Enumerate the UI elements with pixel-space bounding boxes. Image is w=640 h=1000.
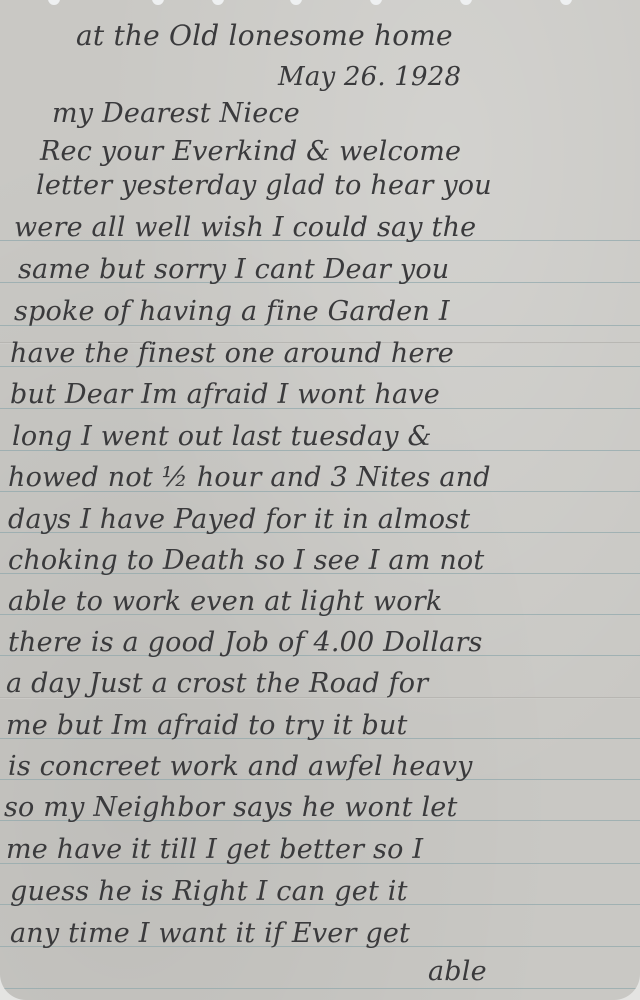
letter-line: same but sorry I cant Dear you (18, 256, 449, 283)
letter-line: me but Im afraid to try it but (6, 712, 408, 739)
letter-line: any time I want it if Ever get (10, 920, 410, 947)
letter-line: so my Neighbor says he wont let (4, 794, 458, 821)
letter-line: days I have Payed for it in almost (8, 506, 470, 533)
perforation-hole (460, 0, 472, 5)
letter-location: at the Old lonesome home (76, 22, 453, 50)
perforated-edge (0, 0, 640, 8)
letter-line: there is a good Job of 4.00 Dollars (8, 629, 483, 656)
letter-line: Rec your Everkind & welcome (40, 138, 461, 165)
letter-line: were all well wish I could say the (14, 214, 476, 241)
letter-line: able to work even at light work (8, 588, 442, 615)
letter-line: long I went out last tuesday & (12, 423, 432, 450)
perforation-hole (152, 0, 164, 5)
letter-line: me have it till I get better so I (6, 836, 423, 863)
letter-line: spoke of having a fine Garden I (14, 298, 450, 325)
letter-line: guess he is Right I can get it (10, 878, 408, 905)
perforation-hole (290, 0, 302, 5)
letter-date: May 26. 1928 (278, 64, 461, 90)
perforation-hole (48, 0, 60, 5)
perforation-hole (560, 0, 572, 5)
letter-page: at the Old lonesome home May 26. 1928 my… (0, 0, 640, 1000)
letter-line: have the finest one around here (10, 340, 454, 367)
letter-line: howed not ½ hour and 3 Nites and (8, 464, 491, 491)
perforation-hole (212, 0, 224, 5)
letter-line: letter yesterday glad to hear you (36, 172, 492, 199)
perforation-hole (370, 0, 382, 5)
letter-line: a day Just a crost the Road for (6, 670, 428, 697)
letter-line: able (428, 958, 487, 985)
letter-salutation: my Dearest Niece (52, 100, 300, 127)
letter-line: is concreet work and awfel heavy (8, 753, 473, 780)
ruled-line (0, 988, 640, 989)
letter-line: but Dear Im afraid I wont have (10, 381, 440, 408)
letter-line: choking to Death so I see I am not (8, 547, 484, 574)
